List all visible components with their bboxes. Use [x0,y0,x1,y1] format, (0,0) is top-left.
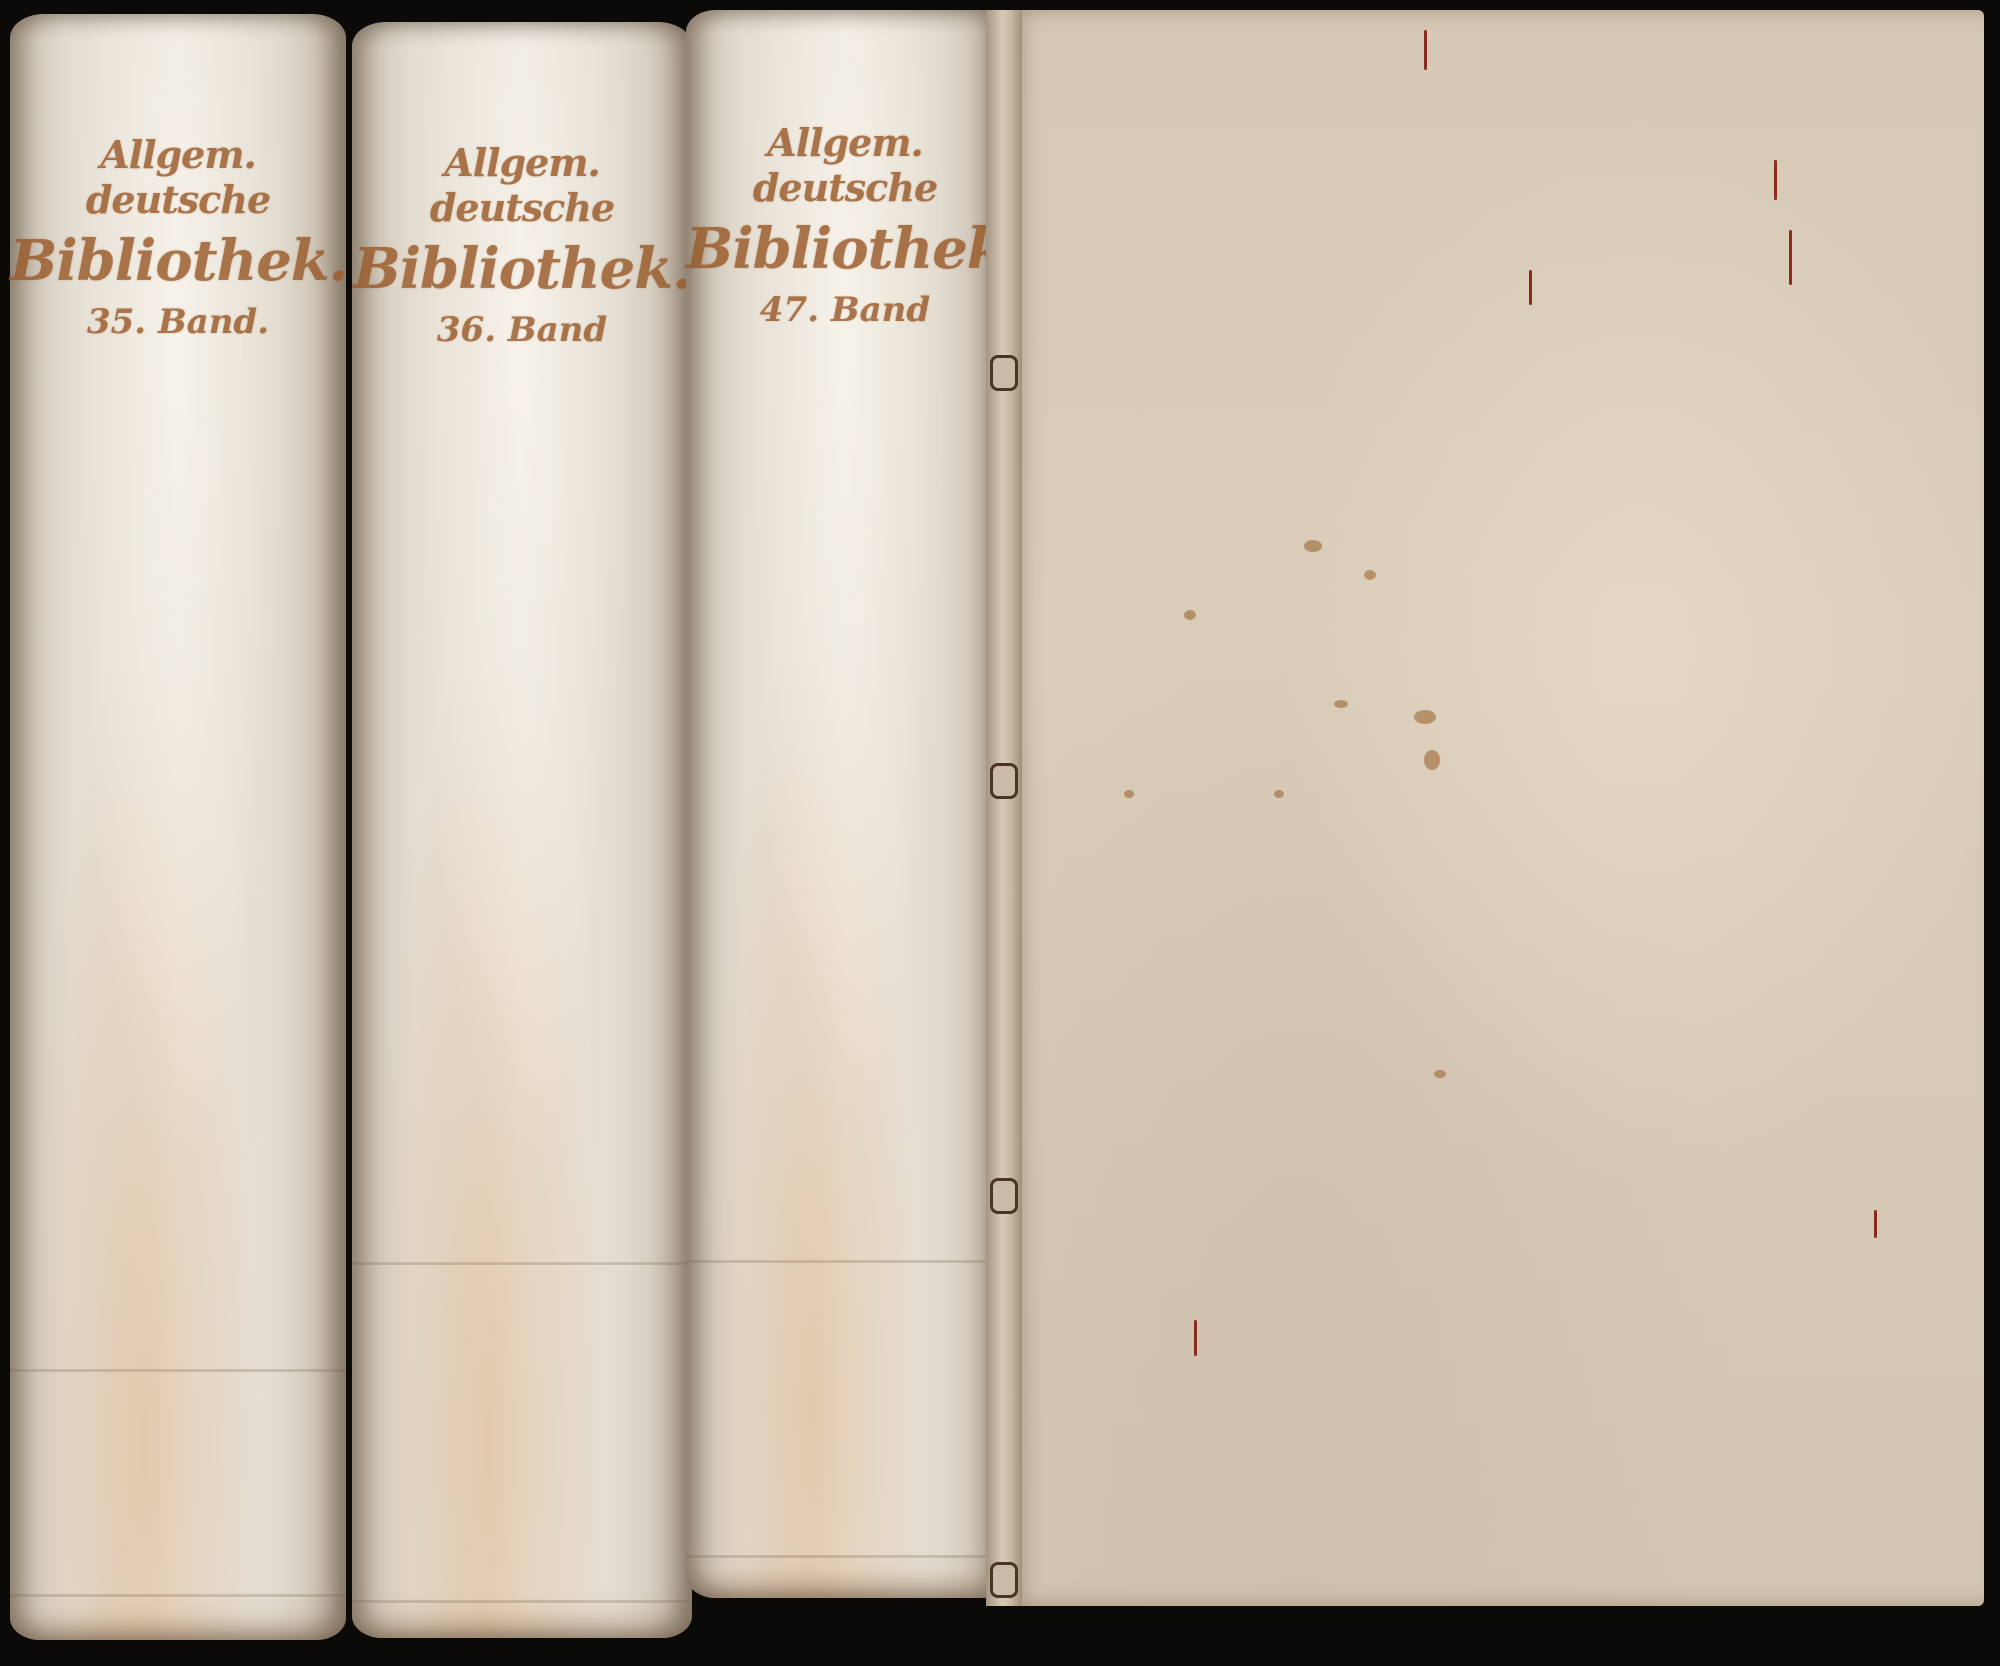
foxing-stain [1334,700,1348,708]
spine-volume-number: 35. Band. [10,302,346,342]
foxing-stain [1304,540,1322,552]
book-spine-volume-36: Allgem. deutsche Bibliothek. 36. Band [352,22,692,1638]
binding-tie [990,763,1018,799]
spine-label: Allgem. deutsche Bibliothek. 36. Band [352,140,692,350]
foxing-stain [1414,710,1436,724]
foxing-stain [1364,570,1376,580]
spine-title-line-1: Allgem. deutsche [686,120,1004,210]
spine-label: Allgem. deutsche Bibliothek. 35. Band. [10,132,346,342]
spine-title-line-1: Allgem. deutsche [10,132,346,222]
foxing-stain [1424,750,1440,770]
spine-band [10,1369,346,1372]
spine-label: Allgem. deutsche Bibliothek 47. Band [686,120,1004,330]
cover-hinge [986,10,1022,1606]
ink-mark [1424,30,1427,70]
spine-band [686,1555,1004,1558]
spine-volume-number: 47. Band [686,290,1004,330]
spine-title-line-1: Allgem. deutsche [352,140,692,230]
spine-band [686,1260,1004,1263]
foxing-stain [1274,790,1284,798]
book-spine-volume-35: Allgem. deutsche Bibliothek. 35. Band. [10,14,346,1640]
binding-tie [990,355,1018,391]
spine-band [352,1262,692,1265]
spine-title-line-2: Bibliothek. [10,228,346,294]
ink-mark [1874,1210,1877,1238]
book-photo: Allgem. deutsche Bibliothek. 35. Band. A… [0,0,2000,1666]
spine-title-line-2: Bibliothek. [352,236,692,302]
ink-mark [1194,1320,1197,1356]
foxing-stain [1184,610,1196,620]
ink-mark [1529,270,1532,305]
spine-band [10,1594,346,1597]
book-spine-volume-47: Allgem. deutsche Bibliothek 47. Band [686,10,1004,1598]
book-front-cover [1004,10,1984,1606]
foxing-stain [1124,790,1134,798]
spine-title-line-2: Bibliothek [686,216,1004,282]
spine-band [352,1600,692,1603]
ink-mark [1789,230,1792,285]
binding-tie [990,1178,1018,1214]
binding-tie [990,1562,1018,1598]
ink-mark [1774,160,1777,200]
foxing-stain [1434,1070,1446,1078]
spine-volume-number: 36. Band [352,310,692,350]
